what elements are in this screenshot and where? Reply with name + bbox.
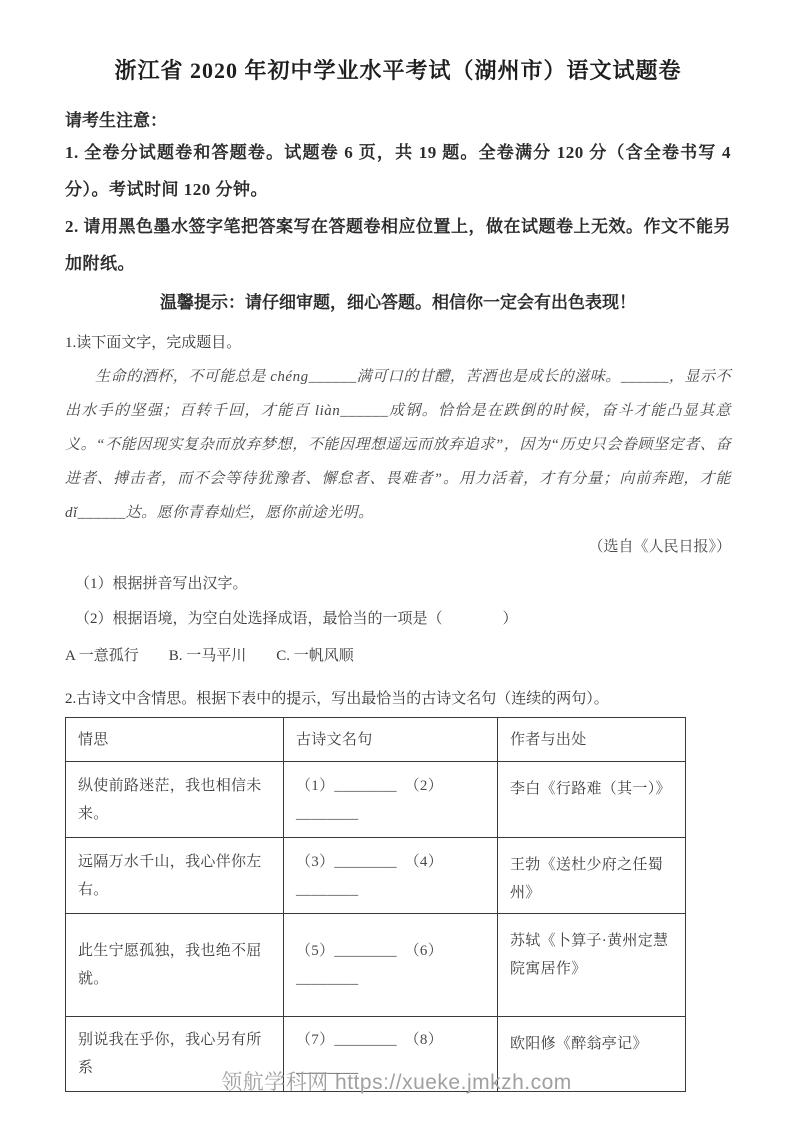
quote-blanks-cell: （1）________ （2）________ <box>284 762 498 838</box>
table-row: 此生宁愿孤独，我也绝不屈就。 （5）________ （6）________ 苏… <box>66 914 686 1017</box>
quote-blanks-cell: （5）________ （6）________ <box>284 914 498 1017</box>
table-row: 远隔万水千山，我心伴你左右。 （3）________ （4）________ 王… <box>66 838 686 914</box>
watermark-footer-link[interactable]: 领航学科网 https://xueke.jmkzh.com <box>0 1066 793 1096</box>
question-1-choices: A 一意孤行 B. 一马平川 C. 一帆风顺 <box>65 644 731 669</box>
table-row: 纵使前路迷茫，我也相信未来。 （1）________ （2）________ 李… <box>66 762 686 838</box>
table-header-emotion: 情思 <box>66 718 284 762</box>
table-header-quote: 古诗文名句 <box>284 718 498 762</box>
question-1-sub-2: （2）根据语境，为空白处选择成语，最恰当的一项是（ ） <box>65 607 731 632</box>
notice-heading: 请考生注意： <box>65 108 731 134</box>
table-header-author: 作者与出处 <box>498 718 686 762</box>
question-1-sub-1: （1）根据拼音写出汉字。 <box>65 572 731 597</box>
emotion-cell: 远隔万水千山，我心伴你左右。 <box>66 838 284 914</box>
passage-source: （选自《人民日报》） <box>65 532 731 562</box>
poetry-table: 情思 古诗文名句 作者与出处 纵使前路迷茫，我也相信未来。 （1）_______… <box>65 717 686 1092</box>
question-2-stem: 2.古诗文中含情思。根据下表中的提示，写出最恰当的古诗文名句（连续的两句）。 <box>65 687 731 712</box>
author-cell: 李白《行路难（其一）》 <box>498 762 686 838</box>
table-header-row: 情思 古诗文名句 作者与出处 <box>66 718 686 762</box>
author-cell: 苏轼《卜算子·黄州定慧院寓居作》 <box>498 914 686 1017</box>
question-1-passage: 生命的酒杯，不可能总是 chéng______满可口的甘醴，苦酒也是成长的滋味。… <box>65 360 731 530</box>
notice-item-1: 1. 全卷分试题卷和答题卷。试题卷 6 页，共 19 题。全卷满分 120 分（… <box>65 134 731 208</box>
author-cell: 王勃《送杜少府之任蜀州》 <box>498 838 686 914</box>
notice-item-2: 2. 请用黑色墨水签字笔把答案写在答题卷相应位置上，做在试题卷上无效。作文不能另… <box>65 208 731 282</box>
page-title: 浙江省 2020 年初中学业水平考试（湖州市）语文试题卷 <box>65 56 731 86</box>
warm-tip: 温馨提示：请仔细审题，细心答题。相信你一定会有出色表现！ <box>65 286 731 320</box>
question-1-stem: 1.读下面文字，完成题目。 <box>65 330 731 356</box>
emotion-cell: 纵使前路迷茫，我也相信未来。 <box>66 762 284 838</box>
exam-paper-page: 浙江省 2020 年初中学业水平考试（湖州市）语文试题卷 请考生注意： 1. 全… <box>0 0 793 1092</box>
emotion-cell: 此生宁愿孤独，我也绝不屈就。 <box>66 914 284 1017</box>
quote-blanks-cell: （3）________ （4）________ <box>284 838 498 914</box>
